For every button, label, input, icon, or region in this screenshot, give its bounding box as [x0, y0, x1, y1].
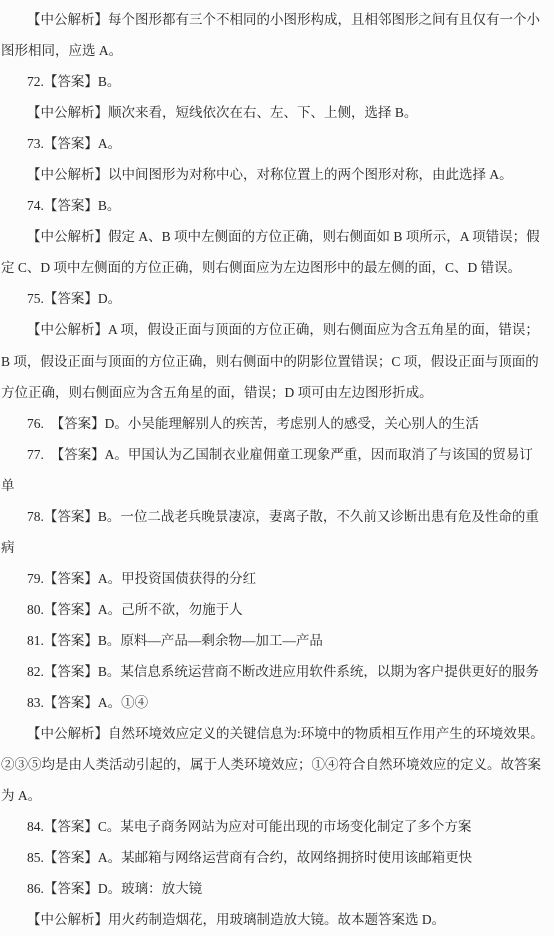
answer-line-82: 82.【答案】B。某信息系统运营商不断改进应用软件系统，以期为客户提供更好的服务: [0, 656, 554, 687]
analysis-line: 【中公解析】假定 A、B 项中左侧面的方位正确，则右侧面如 B 项所示，A 项错…: [0, 221, 554, 252]
continuation-line: 图形相同，应选 A。: [0, 35, 554, 66]
answer-line-77: 77. 【答案】A。甲国认为乙国制衣业雇佣童工现象严重，因而取消了与该国的贸易订: [0, 439, 554, 470]
document-page: 【中公解析】每个图形都有三个不相同的小图形构成，且相邻图形之间有且仅有一个小 图…: [0, 0, 554, 936]
answer-line-80: 80.【答案】A。己所不欲，勿施于人: [0, 594, 554, 625]
answer-line-72: 72.【答案】B。: [0, 66, 554, 97]
answer-line-75: 75.【答案】D。: [0, 283, 554, 314]
answer-line-79: 79.【答案】A。甲投资国债获得的分红: [0, 563, 554, 594]
answer-line-84: 84.【答案】C。某电子商务网站为应对可能出现的市场变化制定了多个方案: [0, 811, 554, 842]
continuation-line: 为 A。: [0, 780, 554, 811]
answer-line-73: 73.【答案】A。: [0, 128, 554, 159]
analysis-line: 【中公解析】每个图形都有三个不相同的小图形构成，且相邻图形之间有且仅有一个小: [0, 4, 554, 35]
answer-line-86: 86.【答案】D。玻璃：放大镜: [0, 873, 554, 904]
analysis-line: 【中公解析】A 项，假设正面与顶面的方位正确，则右侧面应为含五角星的面，错误；: [0, 314, 554, 345]
continuation-line: ②③⑤均是由人类活动引起的，属于人类环境效应；①④符合自然环境效应的定义。故答案: [0, 749, 554, 780]
answer-line-76: 76. 【答案】D。小吴能理解别人的疾苦，考虑别人的感受，关心别人的生活: [0, 408, 554, 439]
continuation-line: 方位正确，则右侧面应为含五角星的面，错误；D 项可由左边图形折成。: [0, 377, 554, 408]
answer-line-74: 74.【答案】B。: [0, 190, 554, 221]
analysis-line: 【中公解析】用火药制造烟花，用玻璃制造放大镜。故本题答案选 D。: [0, 904, 554, 935]
answer-line-78: 78.【答案】B。一位二战老兵晚景凄凉，妻离子散，不久前又诊断出患有危及性命的重: [0, 501, 554, 532]
continuation-line: 病: [0, 532, 554, 563]
continuation-line: B 项，假设正面与顶面的方位正确，则右侧面中的阴影位置错误；C 项，假设正面与顶…: [0, 346, 554, 377]
analysis-line: 【中公解析】自然环境效应定义的关键信息为:环境中的物质相互作用产生的环境效果。: [0, 718, 554, 749]
answer-line-81: 81.【答案】B。原料—产品—剩余物—加工—产品: [0, 625, 554, 656]
analysis-line: 【中公解析】以中间图形为对称中心，对称位置上的两个图形对称，由此选择 A。: [0, 159, 554, 190]
continuation-line: 定 C、D 项中左侧面的方位正确，则右侧面应为左边图形中的最左侧的面，C、D 错…: [0, 252, 554, 283]
answer-line-85: 85.【答案】A。某邮箱与网络运营商有合约，故网络拥挤时使用该邮箱更快: [0, 842, 554, 873]
continuation-line: 单: [0, 470, 554, 501]
analysis-line: 【中公解析】顺次来看，短线依次在右、左、下、上侧，选择 B。: [0, 97, 554, 128]
answer-line-83: 83.【答案】A。①④: [0, 687, 554, 718]
